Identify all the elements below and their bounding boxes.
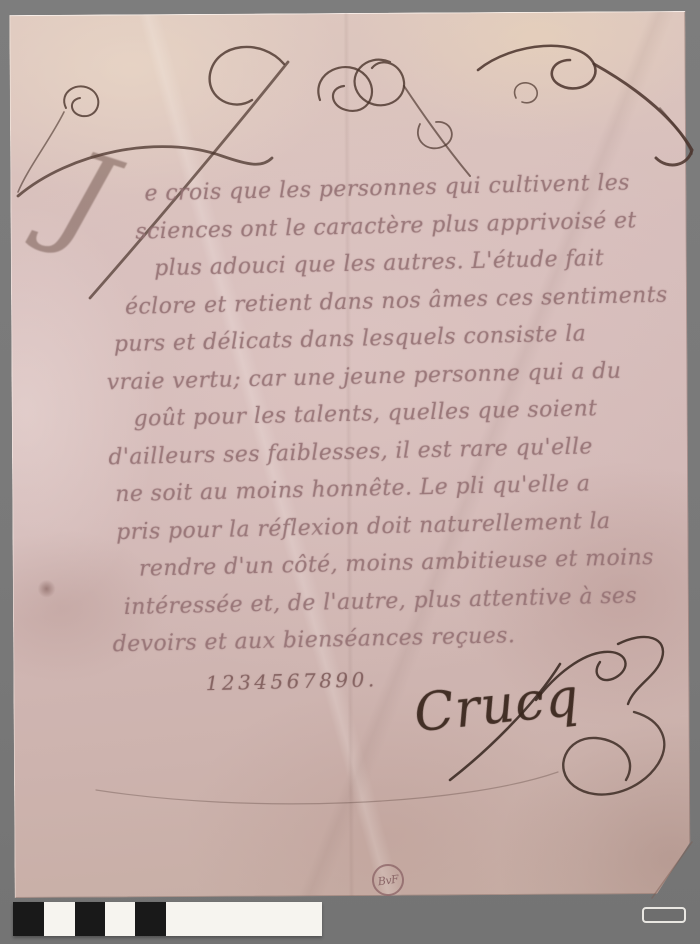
- reference-chip: [642, 907, 686, 923]
- stamp-monogram: BvF: [377, 872, 399, 888]
- scale-bar-segment-black: [135, 902, 166, 936]
- scale-bar-segment-white: [105, 902, 135, 936]
- scale-bar-segment-black: [75, 902, 105, 936]
- scale-bar-segment-white: [166, 902, 322, 936]
- scale-bar-segment-black: [13, 902, 44, 936]
- manuscript-text: e crois que les personnes qui cultivent …: [102, 164, 674, 705]
- photo-scale-bar: [13, 902, 322, 936]
- archival-photo: J e crois que les personnes qui cultiven…: [0, 0, 700, 944]
- scale-bar-segment-white: [44, 902, 75, 936]
